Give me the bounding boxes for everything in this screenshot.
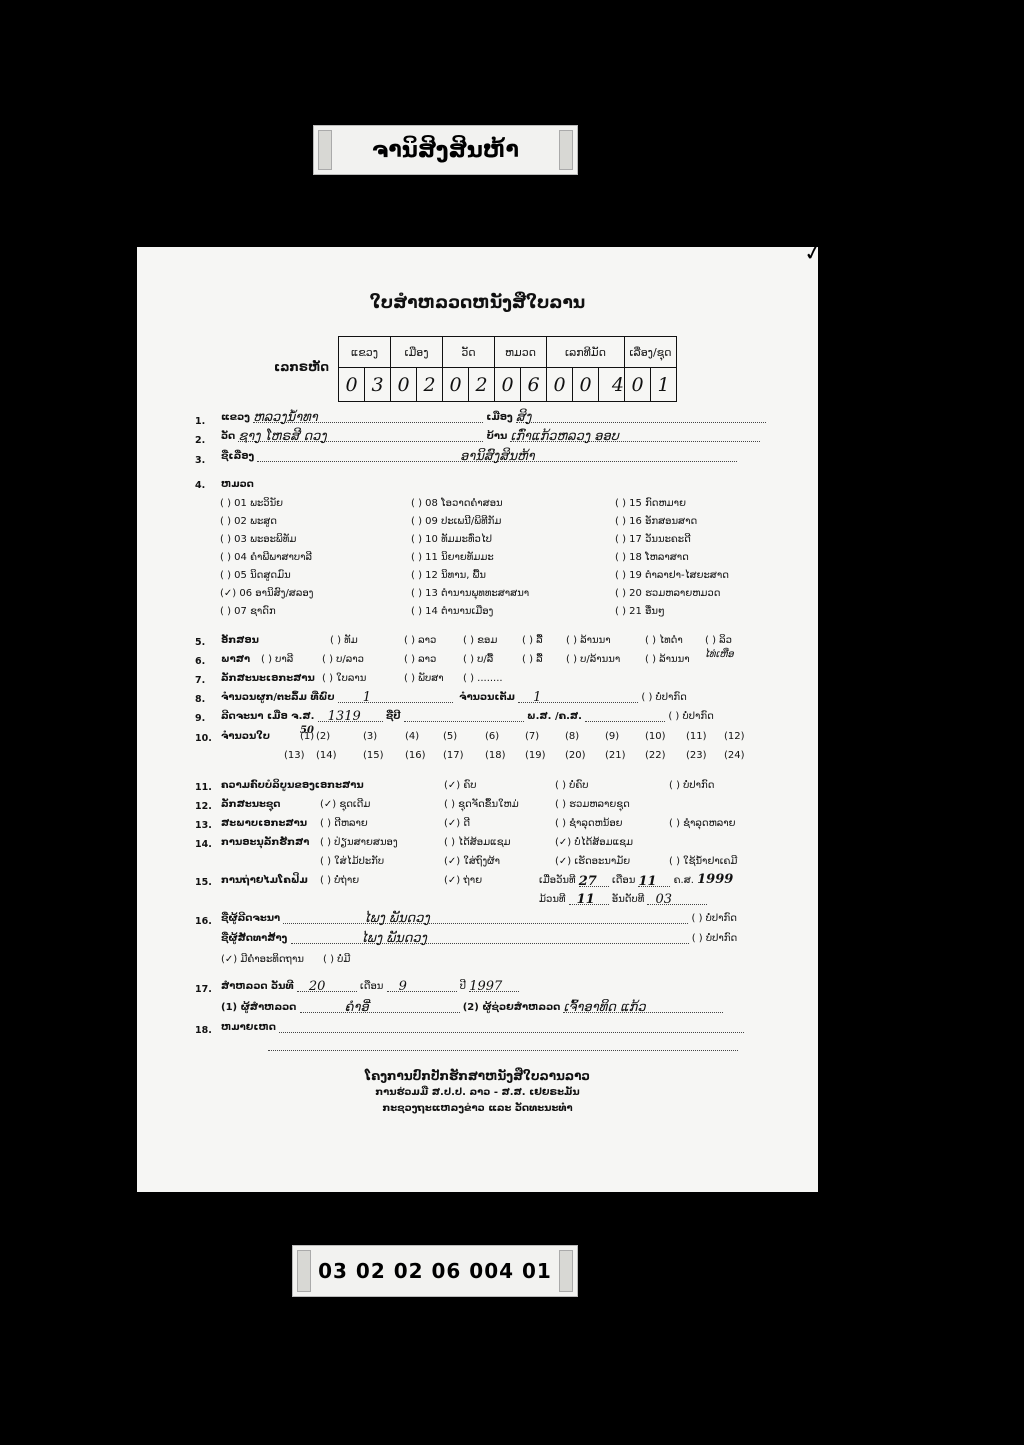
language-option[interactable]: ( ) ລ້ານນາ [645, 654, 690, 665]
remarks-row: ຫມາຍເຫດ [221, 1020, 744, 1033]
category-label: 07 ຊາດົກ [234, 606, 276, 617]
category-label: 12 ນິທານ, ພື້ນ [425, 570, 486, 581]
scribe-row: ຊື່ຜູ້ລີດຈະນາ ໄພງ ພັນດວງ ( ) ບໍ່ປາກົດ [221, 911, 737, 924]
microfilm-option[interactable]: ( ) ບໍ່ຖ່າຍ [320, 875, 359, 886]
code-header-district: ເມືອງ [391, 337, 443, 368]
category-option[interactable]: ( ) 09 ປະເພນີ/ພິທີກັມ [411, 516, 501, 527]
category-checkbox[interactable]: ( ) [615, 498, 626, 509]
condition-option[interactable]: ( ) ຊຳລຸດຫນ້ອຍ [555, 818, 623, 829]
code-header-title: ເລື່ອງ/ຊຸດ [625, 337, 677, 368]
script-option[interactable]: ( ) ລິວ [705, 635, 732, 646]
field-7-number: 7. [195, 675, 205, 686]
leaf-slot[interactable]: (20) [565, 750, 586, 761]
field-16-number: 16. [195, 916, 212, 927]
conservation-option[interactable]: (✓) ໃສ່ຖົງຜ້າ [444, 856, 500, 867]
category-option[interactable]: ( ) 18 ໂຫລາສາດ [615, 552, 689, 563]
title-field[interactable]: ອານິສົງສິນຫ້າ [257, 449, 737, 462]
microfilm-date-row: ເມື່ອວັນທີ 27 ເດືອນ 11 ຄ.ສ. 1999 [539, 872, 733, 887]
script-option[interactable]: ( ) ລ້ານນາ [566, 635, 611, 646]
reel-field[interactable]: 11 [569, 892, 609, 905]
set-type-label: ລັກສະນະຊຸດ [221, 799, 280, 810]
tape-left [297, 1250, 311, 1292]
category-option[interactable]: ( ) 05 ນິດສູດມົນ [220, 570, 291, 581]
category-option[interactable]: ( ) 14 ຕຳນານເມືອງ [411, 606, 493, 617]
colophon-checkbox[interactable]: (✓) ມີຄຳອະທິດຖານ [221, 954, 304, 965]
leaf-slot[interactable]: (3) [363, 731, 377, 742]
leaf-slot[interactable]: (7) [525, 731, 539, 742]
set-type-option[interactable]: ( ) ຮວມຫລາຍຊຸດ [555, 799, 630, 810]
category-checkbox[interactable]: ( ) [220, 552, 231, 563]
code-header-row: ແຂວງ ເມືອງ ວັດ ຫມວດ ເລກທີມັດ ເລື່ອງ/ຊຸດ [339, 337, 677, 368]
field-9-row: ລີດຈະນາ ເມື່ອ ຈ.ສ. 1319 ຊື່ປີ ພ.ສ. /ຄ.ສ.… [221, 709, 714, 722]
assistant-label: (2) ຜູ້ຊ່ວຍສຳຫລວດ [463, 1002, 561, 1013]
wat-label: ວັດ [221, 431, 235, 442]
category-checkbox[interactable]: ( ) [220, 534, 231, 545]
leaf-slot[interactable]: (24) [724, 750, 745, 761]
category-checkbox[interactable]: ( ) [615, 588, 626, 599]
code-digit: 3 [365, 368, 391, 402]
category-label: 16 ອັກສອນສາດ [629, 516, 697, 527]
bundles-found-field[interactable]: 1 [338, 690, 453, 703]
year-name-field[interactable] [404, 709, 524, 722]
field-1-number: 1. [195, 416, 205, 427]
completeness-label: ຄວາມຄົບບໍລິບູນຂອງເອກະສານ [221, 780, 364, 791]
field-11-number: 11. [195, 782, 212, 793]
bundles-unknown-checkbox[interactable]: ( ) ບໍ່ປາກົດ [641, 692, 686, 703]
script-option[interactable]: ( ) ລື້ [522, 635, 543, 646]
microfilm-label: ການຖ່າຍໄມໂຄຟິມ [221, 875, 308, 886]
language-option[interactable]: ( ) ບ/ລ້ານນາ [566, 654, 620, 665]
code-header-category: ຫມວດ [495, 337, 547, 368]
survey-month-label: ເດືອນ [360, 981, 383, 992]
footer-cooperation: ການຮ່ວມມື ສ.ປ.ປ. ລາວ - ສ.ສ. ເຢຍຣະມັນ [137, 1087, 818, 1098]
title-label-text: ຈານິສິງສິນຫ້າ [372, 138, 519, 163]
leaf-slot[interactable]: (5) [443, 731, 457, 742]
form-title: ໃບສຳຫລວດຫນັງສືໃບລານ [137, 293, 818, 313]
field-3-number: 3. [195, 455, 205, 466]
category-label: 04 ຄຳພີພາສາບາລີ [234, 552, 312, 563]
language-option[interactable]: ( ) ລື້ [522, 654, 543, 665]
category-label: 06 ອານິສົງ/ສລອງ [239, 588, 313, 599]
category-checkbox[interactable]: ( ) [411, 534, 422, 545]
field-8-row: ຈຳນວນຜູກ/ຕະລຶ້ມ ທີ່ພົບ 1 ຈຳນວນເຕັມ 1 ( )… [221, 690, 687, 703]
script-option[interactable]: ( ) ທັມ [330, 635, 358, 646]
survey-day-value: 20 [297, 979, 326, 994]
category-checkbox[interactable]: ( ) [615, 570, 626, 581]
assistant-value: ເຈົ້າອາທິດ ແກ້ວ [563, 1000, 645, 1015]
completeness-option[interactable]: ( ) ບໍ່ຄົບ [555, 780, 589, 791]
language-label: ພາສາ [221, 654, 250, 665]
district-label: ເມືອງ [486, 412, 512, 423]
category-option[interactable]: ( ) 02 ພະສູດ [220, 516, 277, 527]
code-label-text: 03 02 02 06 004 01 [318, 1259, 552, 1283]
conservation-option[interactable]: (✓) ເຮັດອະນາມັຍ [555, 856, 630, 867]
conservation-option[interactable]: ( ) ໃສ່ໄມ້ປະກັບ [320, 856, 384, 867]
category-label: 05 ນິດສູດມົນ [234, 570, 291, 581]
category-option[interactable]: ( ) 10 ທັມມະທົ່ວໄປ [411, 534, 492, 545]
field-2-row: ວັດ ຊາງ ໂຫຣສີ ດວງ ບ້ານ ເກົ່າແກ້ວຫລວງ ອອບ [221, 429, 760, 442]
scribe-unknown-checkbox[interactable]: ( ) ບໍ່ປາກົດ [692, 913, 737, 924]
field-9-number: 9. [195, 713, 205, 724]
language-option[interactable]: ( ) ບ/ລື້ [463, 654, 493, 665]
code-digit: 1 [651, 368, 677, 402]
code-digit-row: 0 3 0 2 0 2 0 6 0 0 4 0 1 [339, 368, 677, 402]
field-8-number: 8. [195, 694, 205, 705]
bundles-found-value: 1 [338, 690, 371, 705]
field-13-number: 13. [195, 820, 212, 831]
category-option[interactable]: ( ) 11 ນິຍາຍທັມມະ [411, 552, 494, 563]
sponsor-unknown-checkbox[interactable]: ( ) ບໍ່ປາກົດ [692, 933, 737, 944]
category-checkbox[interactable]: ( ) [220, 570, 231, 581]
category-option[interactable]: (✓) 06 ອານິສົງ/ສລອງ [220, 588, 314, 599]
survey-year-label: ປີ [460, 981, 466, 992]
leaf-count-value: 50 [300, 725, 314, 736]
surveyor-label: (1) ຜູ້ສຳຫລວດ [221, 1002, 296, 1013]
leaf-slot[interactable]: (16) [405, 750, 426, 761]
title-value: ອານິສົງສິນຫ້າ [460, 449, 535, 464]
category-checkbox[interactable]: ( ) [411, 552, 422, 563]
set-type-option[interactable]: (✓) ຊຸດເດີມ [320, 799, 370, 810]
code-digit: 6 [521, 368, 547, 402]
completeness-option[interactable]: ( ) ບໍ່ປາກົດ [669, 780, 714, 791]
footer-project: ໂຄງການປົກປັກຮັກສາຫນັງສືໃບລານລາວ [137, 1069, 818, 1083]
category-label: 11 ນິຍາຍທັມມະ [425, 552, 494, 563]
written-date-label: ລີດຈະນາ ເມື່ອ ຈ.ສ. [221, 711, 314, 722]
category-label: 20 ຮວມຫລາຍຫມວດ [629, 588, 720, 599]
reel-label: ມ້ວນທີ [539, 894, 565, 905]
conservation-option[interactable]: ( ) ໄດ້ສ້ອມແຊມ [444, 837, 511, 848]
province-label: ແຂວງ [221, 412, 250, 423]
mf-month-label: ເດືອນ [612, 875, 635, 886]
mf-day-value: 27 [579, 874, 597, 889]
doc-type-option[interactable]: ( ) ໃບລານ [322, 673, 366, 684]
condition-option[interactable]: (✓) ດີ [444, 818, 470, 829]
mf-day-field[interactable]: 27 [579, 874, 609, 887]
district-field[interactable]: ສິງ [516, 410, 766, 423]
village-value: ເກົ່າແກ້ວຫລວງ ອອບ [510, 429, 618, 444]
bundles-found-label: ຈຳນວນຜູກ/ຕະລຶ້ມ ທີ່ພົບ [221, 692, 335, 703]
leaf-slot[interactable]: (2) [316, 731, 330, 742]
code-digit: 2 [417, 368, 443, 402]
field-15-number: 15. [195, 877, 212, 888]
script-option[interactable]: ( ) ລາວ [404, 635, 436, 646]
code-header-province: ແຂວງ [339, 337, 391, 368]
leaf-slot[interactable]: (6) [485, 731, 499, 742]
category-option[interactable]: ( ) 04 ຄຳພີພາສາບາລີ [220, 552, 312, 563]
mf-date-label: ເມື່ອວັນທີ [539, 875, 576, 886]
footer-ministry: ກະຊວງຖະແຫລງຂ່າວ ແລະ ວັດທະນະທຳ [137, 1103, 818, 1114]
category-checkbox[interactable]: ( ) [615, 552, 626, 563]
tape-right [559, 130, 573, 170]
leaf-slot[interactable]: (10) [645, 731, 666, 742]
leaf-slot[interactable]: (19) [525, 750, 546, 761]
category-checkbox[interactable]: ( ) [220, 498, 231, 509]
script-option[interactable]: ( ) ຂອມ [463, 635, 497, 646]
category-checkbox[interactable]: ( ) [411, 588, 422, 599]
language-option[interactable]: ( ) ບາລີ [261, 654, 293, 665]
survey-year-value: 1997 [469, 979, 502, 994]
province-field[interactable]: ຫລວງນໍ້າທາ [253, 410, 483, 423]
category-checkbox[interactable]: ( ) [411, 498, 422, 509]
conservation-option[interactable]: ( ) ໃຊ້ນ້ຳຢາເຄມີ [669, 856, 737, 867]
conservation-label: ການອະນຸລັກຮັກສາ [221, 837, 309, 848]
leaf-slot[interactable]: (21) [605, 750, 626, 761]
category-label: 15 ກົດຫມາຍ [629, 498, 686, 509]
survey-month-field[interactable]: 9 [387, 979, 457, 992]
category-option[interactable]: ( ) 12 ນິທານ, ພື້ນ [411, 570, 486, 581]
scribe-value: ໄພງ ພັນດວງ [283, 911, 429, 926]
order-field[interactable]: 03 [647, 892, 707, 905]
check-mark-icon: ✓ [802, 240, 824, 268]
sponsor-value: ໄພງ ພັນດວງ [291, 931, 427, 946]
date-unknown-checkbox[interactable]: ( ) ບໍ່ປາກົດ [668, 711, 713, 722]
leaf-slot[interactable]: (8) [565, 731, 579, 742]
field-18-number: 18. [195, 1025, 212, 1036]
be-ad-label: ພ.ສ. /ຄ.ສ. [527, 711, 582, 722]
field-1-row: ແຂວງ ຫລວງນໍ້າທາ ເມືອງ ສິງ [221, 410, 766, 423]
condition-option[interactable]: ( ) ຊຳລຸດຫລາຍ [669, 818, 736, 829]
category-option[interactable]: ( ) 16 ອັກສອນສາດ [615, 516, 697, 527]
set-type-option[interactable]: ( ) ຊຸດຈັດຂຶ້ນໃຫມ່ [444, 799, 519, 810]
leaf-slot[interactable]: (4) [405, 731, 419, 742]
survey-date-row: ສຳຫລວດ ວັນທີ 20 ເດືອນ 9 ປີ 1997 [221, 979, 519, 992]
category-option[interactable]: ( ) 03 ພະອະພິທັມ [220, 534, 296, 545]
doc-type-option[interactable]: ( ) ພັບສາ [404, 673, 444, 684]
category-option[interactable]: ( ) 20 ຮວມຫລາຍຫມວດ [615, 588, 720, 599]
order-label: ອັນດັບທີ [612, 894, 644, 905]
category-label: 17 ວັນນະຄະດີ [629, 534, 691, 545]
field-2-number: 2. [195, 435, 205, 446]
surveyor-field[interactable]: ຄຳອີ່ [300, 1000, 460, 1013]
field-6-number: 6. [195, 656, 205, 667]
category-option[interactable]: ( ) 15 ກົດຫມາຍ [615, 498, 686, 509]
province-value: ຫລວງນໍ້າທາ [253, 410, 318, 425]
scribe-field[interactable]: ໄພງ ພັນດວງ [283, 911, 688, 924]
script-label: ອັກສອນ [221, 635, 259, 646]
category-option[interactable]: ( ) 17 ວັນນະຄະດີ [615, 534, 691, 545]
code-digit: 0 [573, 368, 599, 402]
category-label: 03 ພະອະພິທັມ [234, 534, 296, 545]
language-option[interactable]: ( ) ບ/ລາວ [322, 654, 364, 665]
leaf-slot[interactable]: (9) [605, 731, 619, 742]
wat-value: ຊາງ ໂຫຣສີ ດວງ [238, 429, 326, 444]
leaf-slot[interactable]: (22) [645, 750, 666, 761]
leaf-slot[interactable]: (18) [485, 750, 506, 761]
conservation-option[interactable]: (✓) ບໍ່ໄດ້ສ້ອມແຊມ [555, 837, 633, 848]
script-option[interactable]: ( ) ໄທດຳ [645, 635, 683, 646]
leaf-count-label: ຈຳນວນໃບ [221, 731, 270, 742]
code-digit: 0 [339, 368, 365, 402]
field-4-number: 4. [195, 480, 205, 491]
survey-date-label: ສຳຫລວດ ວັນທີ [221, 981, 294, 992]
remarks-field-1[interactable] [279, 1020, 744, 1033]
field-14-number: 14. [195, 839, 212, 850]
condition-label: ສະພາບເອກະສານ [221, 818, 307, 829]
bundles-total-field[interactable]: 1 [518, 690, 638, 703]
district-value: ສິງ [516, 410, 531, 425]
mf-year-value: 1999 [697, 872, 733, 887]
category-option[interactable]: ( ) 13 ຕຳນານພຸທທະສາສນາ [411, 588, 529, 599]
title-label: ຊື່ເລື່ອງ [221, 451, 254, 462]
code-header-bundle: ເລກທີມັດ [547, 337, 625, 368]
village-field[interactable]: ເກົ່າແກ້ວຫລວງ ອອບ [510, 429, 760, 442]
leaf-slot[interactable]: (11) [686, 731, 707, 742]
condition-option[interactable]: ( ) ດີຫລາຍ [320, 818, 368, 829]
category-checkbox[interactable]: (✓) [220, 588, 236, 599]
village-label: ບ້ານ [487, 431, 508, 442]
category-option[interactable]: ( ) 07 ຊາດົກ [220, 606, 276, 617]
category-checkbox[interactable]: ( ) [220, 516, 231, 527]
reel-value: 11 [569, 892, 595, 907]
no-colophon-checkbox[interactable]: ( ) ບໍ່ມີ [323, 954, 350, 965]
code-table: ແຂວງ ເມືອງ ວັດ ຫມວດ ເລກທີມັດ ເລື່ອງ/ຊຸດ … [338, 336, 677, 402]
code-label: ເລກຣຫັດ [274, 360, 329, 374]
be-ad-field[interactable] [585, 709, 665, 722]
assistant-field[interactable]: ເຈົ້າອາທິດ ແກ້ວ [563, 1000, 723, 1013]
mf-month-field[interactable]: 11 [638, 874, 670, 887]
doc-type-option[interactable]: ( ) ........ [463, 673, 503, 684]
conservation-option[interactable]: ( ) ປ່ຽນສາຍສນອງ [320, 837, 398, 848]
category-checkbox[interactable]: ( ) [615, 606, 626, 617]
surveyor-value: ຄຳອີ່ [300, 1000, 369, 1015]
category-label: 21 ອື່ນໆ [629, 606, 665, 617]
category-checkbox[interactable]: ( ) [411, 606, 422, 617]
microfilm-code-label: 03 02 02 06 004 01 [292, 1245, 578, 1297]
bundles-total-value: 1 [518, 690, 541, 705]
category-option[interactable]: ( ) 01 ພະວິນັຍ [220, 498, 283, 509]
cs-year-value: 1319 [318, 709, 361, 724]
category-checkbox[interactable]: ( ) [220, 606, 231, 617]
leaf-slot[interactable]: (17) [443, 750, 464, 761]
mf-month-value: 11 [638, 874, 656, 889]
scribe-label: ຊື່ຜູ້ລີດຈະນາ [221, 913, 280, 924]
remarks-label: ຫມາຍເຫດ [221, 1022, 276, 1033]
survey-year-field[interactable]: 1997 [469, 979, 519, 992]
category-checkbox[interactable]: ( ) [615, 516, 626, 527]
survey-form-sheet: ✓ ໃບສຳຫລວດຫນັງສືໃບລານ ເລກຣຫັດ ແຂວງ ເມືອງ… [137, 247, 818, 1192]
completeness-option[interactable]: (✓) ຄົບ [444, 780, 477, 791]
code-header-wat: ວັດ [443, 337, 495, 368]
leaf-slot[interactable]: (14) [316, 750, 337, 761]
category-label: ຫມວດ [221, 479, 254, 490]
category-label: 09 ປະເພນີ/ພິທີກັມ [425, 516, 501, 527]
leaf-slot[interactable]: (23) [686, 750, 707, 761]
code-digit: 0 [495, 368, 521, 402]
category-label: 13 ຕຳນານພຸທທະສາສນາ [425, 588, 529, 599]
category-label: 14 ຕຳນານເມືອງ [425, 606, 493, 617]
wat-field[interactable]: ຊາງ ໂຫຣສີ ດວງ [238, 429, 483, 442]
language-other-handwritten: ໄທ່ເຫືອ [704, 649, 734, 660]
year-name-label: ຊື່ປີ [386, 711, 401, 722]
sponsor-row: ຊື່ຜູ້ສັດທາສ້າງ ໄພງ ພັນດວງ ( ) ບໍ່ປາກົດ [221, 931, 737, 944]
category-label: 18 ໂຫລາສາດ [629, 552, 689, 563]
code-digit: 0 [625, 368, 651, 402]
field-5-number: 5. [195, 637, 205, 648]
category-label: 19 ຕຳລາຢາ-ໄສຍະສາດ [629, 570, 729, 581]
tape-right [559, 1250, 573, 1292]
tape-left [318, 130, 332, 170]
survey-month-value: 9 [387, 979, 407, 994]
field-12-number: 12. [195, 801, 212, 812]
category-option[interactable]: ( ) 21 ອື່ນໆ [615, 606, 665, 617]
field-10-number: 10. [195, 733, 212, 744]
category-checkbox[interactable]: ( ) [411, 570, 422, 581]
microfilm-option[interactable]: (✓) ຖ່າຍ [444, 875, 482, 886]
code-digit: 2 [469, 368, 495, 402]
leaf-slot[interactable]: (13) [284, 750, 305, 761]
category-label: 08 ໂອວາດຄຳສອນ [425, 498, 502, 509]
doc-type-label: ລັກສະນະເອກະສານ [221, 673, 315, 684]
code-digit: 0 [547, 368, 573, 402]
category-checkbox[interactable]: ( ) [615, 534, 626, 545]
surveyor-row: (1) ຜູ້ສຳຫລວດ ຄຳອີ່ (2) ຜູ້ຊ່ວຍສຳຫລວດ ເຈ… [221, 1000, 723, 1013]
category-option[interactable]: ( ) 19 ຕຳລາຢາ-ໄສຍະສາດ [615, 570, 729, 581]
category-checkbox[interactable]: ( ) [411, 516, 422, 527]
category-label: 02 ພະສູດ [234, 516, 277, 527]
microfilm-title-label: ຈານິສິງສິນຫ້າ [313, 125, 578, 175]
category-label: 01 ພະວິນັຍ [234, 498, 283, 509]
leaf-slot[interactable]: (15) [363, 750, 384, 761]
sponsor-field[interactable]: ໄພງ ພັນດວງ [291, 931, 689, 944]
code-digit: 0 [391, 368, 417, 402]
remarks-field-2[interactable] [268, 1038, 738, 1051]
leaf-slot[interactable]: (12) [724, 731, 745, 742]
sponsor-label: ຊື່ຜູ້ສັດທາສ້າງ [221, 933, 287, 944]
code-digit: 0 [443, 368, 469, 402]
survey-day-field[interactable]: 20 [297, 979, 357, 992]
code-digit: 4 [599, 368, 625, 402]
field-3-row: ຊື່ເລື່ອງ ອານິສົງສິນຫ້າ [221, 449, 737, 462]
microfilm-reel-row: ມ້ວນທີ 11 ອັນດັບທີ 03 [539, 892, 707, 905]
order-value: 03 [647, 892, 672, 907]
language-option[interactable]: ( ) ລາວ [404, 654, 436, 665]
bundles-total-label: ຈຳນວນເຕັມ [459, 692, 515, 703]
field-17-number: 17. [195, 984, 212, 995]
category-option[interactable]: ( ) 08 ໂອວາດຄຳສອນ [411, 498, 503, 509]
category-label: 10 ທັມມະທົ່ວໄປ [425, 534, 492, 545]
mf-year-label: ຄ.ສ. [674, 875, 694, 886]
cs-year-field[interactable]: 1319 [318, 709, 383, 722]
